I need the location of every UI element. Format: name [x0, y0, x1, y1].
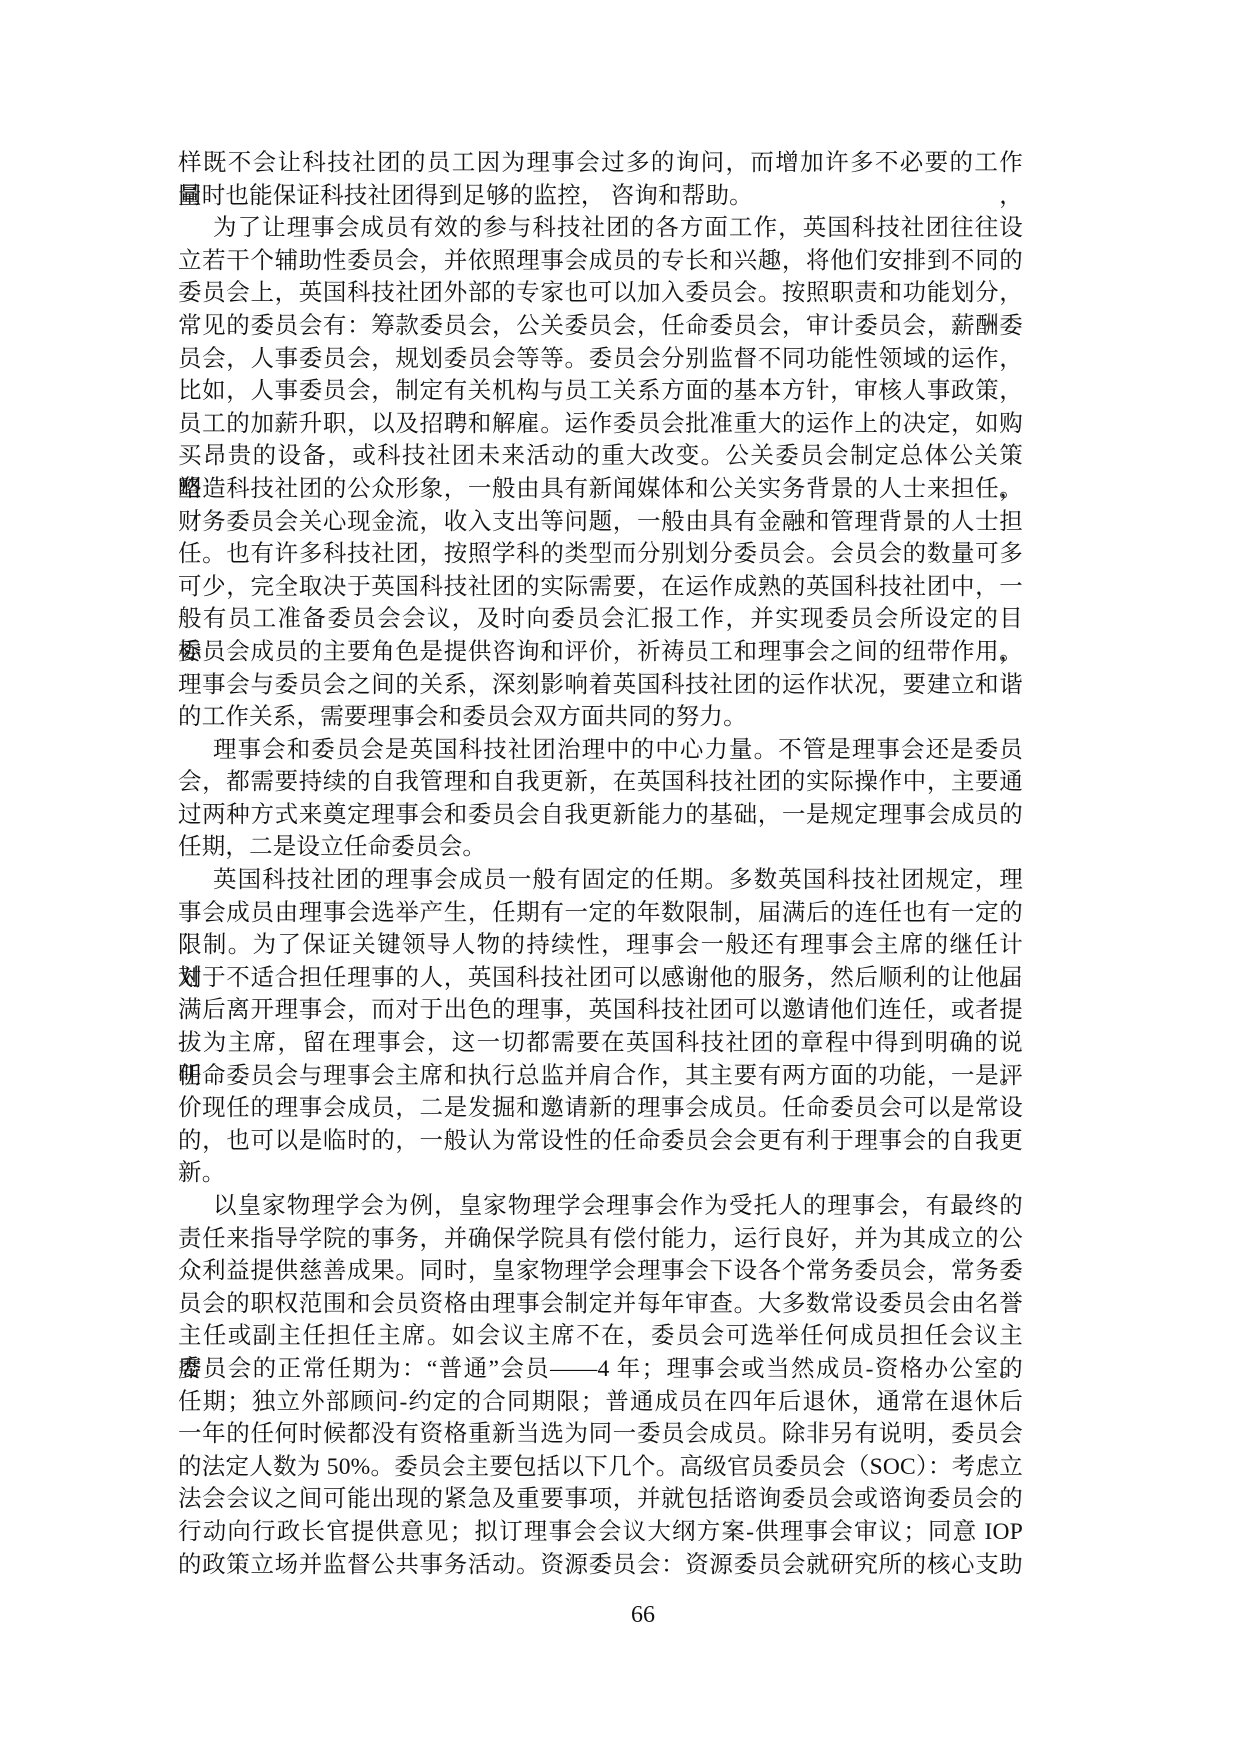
- text-line: 任。也有许多科技社团，按照学科的类型而分别划分委员会。会员会的数量可多: [178, 538, 1023, 571]
- text-line: 立若干个辅助性委员会，并依照理事会成员的专长和兴趣，将他们安排到不同的: [178, 245, 1023, 278]
- text-line: 买昂贵的设备，或科技社团未来活动的重大改变。公关委员会制定总体公关策略，: [178, 440, 1023, 473]
- text-line: 样既不会让科技社团的员工因为理事会过多的询问，而增加许多不必要的工作量，: [178, 147, 1023, 180]
- text-line: 委员会上，英国科技社团外部的专家也可以加入委员会。按照职责和功能划分，: [178, 277, 1023, 310]
- text-line: 新。: [178, 1157, 1023, 1190]
- text-line: 责任来指导学院的事务，并确保学院具有偿付能力，运行良好，并为其成立的公: [178, 1223, 1023, 1256]
- text-line: 事会成员由理事会选举产生，任期有一定的年数限制，届满后的连任也有一定的: [178, 897, 1023, 930]
- text-line: 常见的委员会有：筹款委员会，公关委员会，任命委员会，审计委员会，薪酬委: [178, 310, 1023, 343]
- text-line: 过两种方式来奠定理事会和委员会自我更新能力的基础，一是规定理事会成员的: [178, 799, 1023, 832]
- text-line: 员会，人事委员会，规划委员会等等。委员会分别监督不同功能性领域的运作，: [178, 343, 1023, 376]
- text-line: 主任或副主任担任主席。如会议主席不在，委员会可选举任何成员担任会议主席。: [178, 1320, 1023, 1353]
- text-line: 任期，二是设立任命委员会。: [178, 831, 1023, 864]
- text-line: 塑造科技社团的公众形象，一般由具有新闻媒体和公关实务背景的人士来担任。: [178, 473, 1023, 506]
- text-line: 理事会与委员会之间的关系，深刻影响着英国科技社团的运作状况，要建立和谐: [178, 669, 1023, 702]
- text-line: 的法定人数为 50%。委员会主要包括以下几个。高级官员委员会（SOC）：考虑立: [178, 1451, 1023, 1484]
- text-line: 财务委员会关心现金流，收入支出等问题，一般由具有金融和管理背景的人士担: [178, 506, 1023, 539]
- text-line: 般有员工准备委员会会议，及时向委员会汇报工作，并实现委员会所设定的目标，: [178, 603, 1023, 636]
- text-line: 为了让理事会成员有效的参与科技社团的各方面工作，英国科技社团往往设: [178, 212, 1023, 245]
- text-line: 理事会和委员会是英国科技社团治理中的中心力量。不管是理事会还是委员: [178, 734, 1023, 767]
- text-line: 拔为主席，留在理事会，这一切都需要在英国科技社团的章程中得到明确的说明。: [178, 1027, 1023, 1060]
- text-line: 价现任的理事会成员，二是发掘和邀请新的理事会成员。任命委员会可以是常设: [178, 1092, 1023, 1125]
- text-line: 英国科技社团的理事会成员一般有固定的任期。多数英国科技社团规定，理: [178, 864, 1023, 897]
- body-text: 样既不会让科技社团的员工因为理事会过多的询问，而增加许多不必要的工作量，同时也能…: [178, 147, 1023, 1581]
- text-line: 的，也可以是临时的，一般认为常设性的任命委员会会更有利于理事会的自我更: [178, 1125, 1023, 1158]
- text-line: 任命委员会与理事会主席和执行总监并肩合作，其主要有两方面的功能，一是评: [178, 1060, 1023, 1093]
- text-line: 任期；独立外部顾问-约定的合同期限；普通成员在四年后退休，通常在退休后: [178, 1386, 1023, 1419]
- text-line: 对于不适合担任理事的人，英国科技社团可以感谢他的服务，然后顺利的让他届: [178, 962, 1023, 995]
- text-line: 以皇家物理学会为例，皇家物理学会理事会作为受托人的理事会，有最终的: [178, 1190, 1023, 1223]
- text-line: 一年的任何时候都没有资格重新当选为同一委员会成员。除非另有说明，委员会: [178, 1418, 1023, 1451]
- text-line: 可少，完全取决于英国科技社团的实际需要，在运作成熟的英国科技社团中，一: [178, 571, 1023, 604]
- text-line: 委员会成员的主要角色是提供咨询和评价，祈祷员工和理事会之间的纽带作用。: [178, 636, 1023, 669]
- document-page: 样既不会让科技社团的员工因为理事会过多的询问，而增加许多不必要的工作量，同时也能…: [0, 0, 1240, 1753]
- text-line: 的政策立场并监督公共事务活动。资源委员会：资源委员会就研究所的核心支助: [178, 1549, 1023, 1582]
- text-line: 比如，人事委员会，制定有关机构与员工关系方面的基本方针，审核人事政策，: [178, 375, 1023, 408]
- text-line: 众利益提供慈善成果。同时，皇家物理学会理事会下设各个常务委员会，常务委: [178, 1255, 1023, 1288]
- text-line: 限制。为了保证关键领导人物的持续性，理事会一般还有理事会主席的继任计划。: [178, 929, 1023, 962]
- text-line: 委员会的正常任期为：“普通”会员——4 年；理事会或当然成员-资格办公室的: [178, 1353, 1023, 1386]
- text-line: 行动向行政长官提供意见；拟订理事会会议大纲方案-供理事会审议；同意 IOP: [178, 1516, 1023, 1549]
- page-number: 66: [0, 1600, 1240, 1630]
- text-line: 的工作关系，需要理事会和委员会双方面共同的努力。: [178, 701, 1023, 734]
- text-line: 满后离开理事会，而对于出色的理事，英国科技社团可以邀请他们连任，或者提: [178, 994, 1023, 1027]
- text-line: 会，都需要持续的自我管理和自我更新，在英国科技社团的实际操作中，主要通: [178, 766, 1023, 799]
- text-line: 员会的职权范围和会员资格由理事会制定并每年审查。大多数常设委员会由名誉: [178, 1288, 1023, 1321]
- text-line: 法会会议之间可能出现的紧急及重要事项，并就包括谘询委员会或谘询委员会的: [178, 1483, 1023, 1516]
- text-line: 员工的加薪升职，以及招聘和解雇。运作委员会批准重大的运作上的决定，如购: [178, 408, 1023, 441]
